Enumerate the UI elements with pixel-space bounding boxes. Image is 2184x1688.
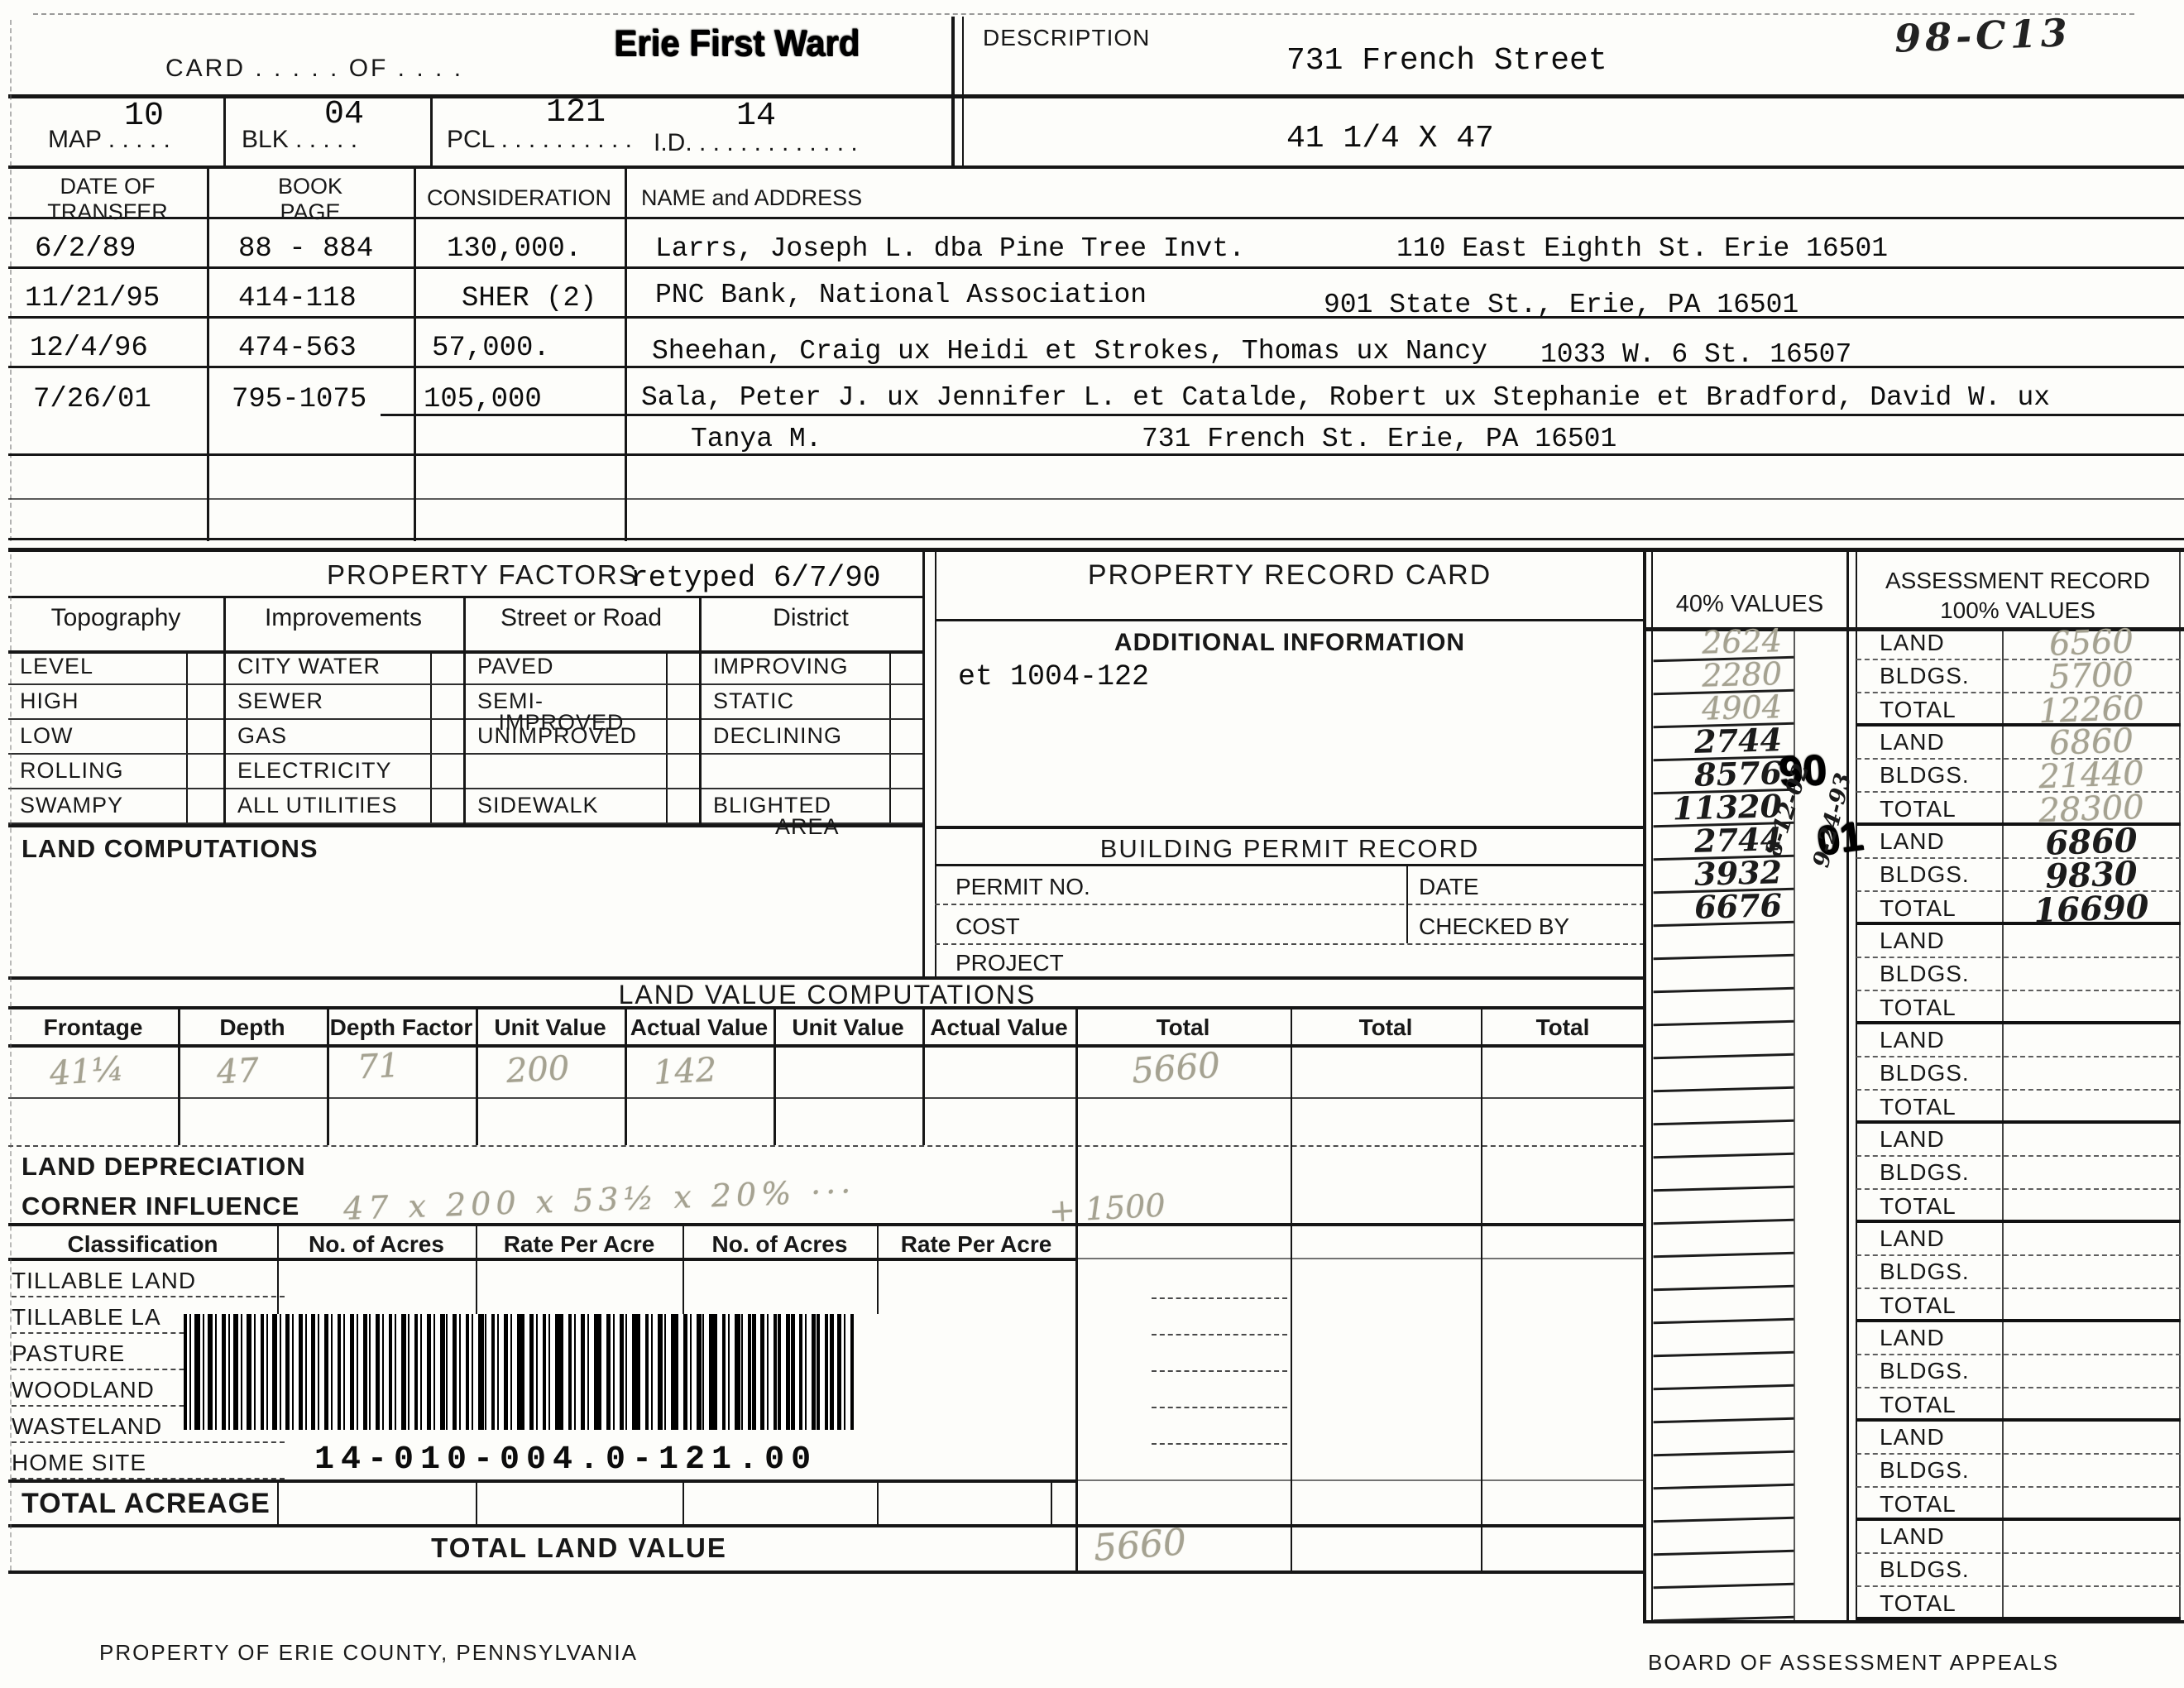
- rule-h: [8, 538, 2184, 540]
- rule-v: [922, 1006, 925, 1145]
- assessment-row-land: LAND: [1856, 1521, 2181, 1554]
- assessment-group: LAND BLDGS. TOTAL: [1856, 925, 2181, 1024]
- total-label: TOTAL: [1856, 1590, 2002, 1617]
- bldgs-value: [2002, 1070, 2181, 1077]
- lvc-depth-factor-value: 71: [357, 1047, 400, 1087]
- rule-v: [951, 17, 955, 167]
- rule-v: [476, 1479, 477, 1524]
- lvc-header: Unit Value: [773, 1014, 922, 1041]
- transfer-row: 474-563: [238, 333, 357, 364]
- class-header: No. of Acres: [277, 1231, 476, 1258]
- factor-item: ROLLING: [8, 755, 223, 789]
- values-40-cell: [1653, 1155, 1794, 1192]
- transfer-row: Larrs, Joseph L. dba Pine Tree Invt.: [655, 233, 1245, 264]
- bldgs-value: [2002, 971, 2181, 977]
- total-label: TOTAL: [1856, 895, 2002, 922]
- factors-col-header: Topography: [8, 604, 223, 632]
- values-40-cell: [1653, 990, 1794, 1026]
- total-label: TOTAL: [1856, 995, 2002, 1021]
- footer-right: BOARD OF ASSESSMENT APPEALS: [1648, 1650, 2059, 1676]
- lvc-header: Total: [1291, 1014, 1481, 1041]
- factor-item: PAVED: [466, 650, 699, 685]
- transfer-row: 731 French St. Erie, PA 16501: [1142, 424, 1616, 454]
- factors-street-list: PAVEDSEMI- IMPROVEDUNIMPROVEDSIDEWALK: [466, 650, 699, 824]
- factor-item: LEVEL: [8, 650, 223, 685]
- rule-h: [935, 904, 1645, 905]
- values-40-header: 40% VALUES: [1653, 591, 1846, 618]
- total-label: TOTAL: [1856, 796, 2002, 822]
- factor-item: SEMI- IMPROVED: [466, 685, 699, 720]
- transfer-row: 12/4/96: [30, 333, 148, 364]
- total-value: [2002, 1302, 2181, 1309]
- assessment-group: LAND BLDGS. TOTAL: [1856, 1322, 2181, 1422]
- values-40-cell: [1653, 1221, 1794, 1258]
- assessment-record-header: ASSESSMENT RECORD: [1856, 568, 2179, 594]
- rule-h: [381, 414, 2184, 416]
- lvc-header: Total: [1075, 1014, 1291, 1041]
- assessment-row-bldgs: BLDGS. 21440: [1856, 760, 2181, 793]
- rule-v: [682, 1479, 684, 1524]
- assessment-row-total: TOTAL 16690: [1856, 892, 2181, 925]
- land-label: LAND: [1856, 1325, 2002, 1351]
- transfer-row: 6/2/89: [35, 233, 136, 265]
- rule-h: [8, 1524, 1645, 1527]
- rule-h: [8, 548, 2184, 552]
- assessment-row-total: TOTAL: [1856, 1587, 2181, 1620]
- factor-item: BLIGHTED AREA: [702, 789, 922, 824]
- assessment-row-bldgs: BLDGS.: [1856, 1455, 2181, 1488]
- bldgs-label: BLDGS.: [1856, 1259, 2002, 1285]
- rule-v: [476, 1006, 478, 1145]
- total-value: [2002, 1600, 2181, 1607]
- project-label: PROJECT: [955, 950, 1064, 976]
- blk-value: 04: [324, 96, 364, 133]
- rule-v: [414, 165, 416, 541]
- assessment-row-bldgs: BLDGS.: [1856, 1256, 2181, 1289]
- rule-h: [8, 1044, 1645, 1048]
- transfer-row: 57,000.: [432, 333, 550, 364]
- bldgs-value: [2002, 1169, 2181, 1176]
- barcode-number: 14-010-004.0-121.00: [314, 1441, 817, 1479]
- lvc-unit-value: 200: [505, 1049, 571, 1091]
- land-depreciation-label: LAND DEPRECIATION: [22, 1152, 306, 1182]
- land-label: LAND: [1856, 1225, 2002, 1252]
- description-value: 731 French Street: [1286, 43, 1607, 79]
- rule-v: [682, 1223, 684, 1314]
- bldgs-label: BLDGS.: [1856, 762, 2002, 789]
- land-value: [2002, 1434, 2181, 1441]
- lvc-header: Total: [1481, 1014, 1645, 1041]
- land-computations-label: LAND COMPUTATIONS: [22, 834, 318, 864]
- rule-v: [430, 98, 433, 167]
- dimensions-value: 41 1/4 X 47: [1286, 121, 1494, 156]
- col-header-date: DATE OF TRANSFER: [8, 174, 207, 225]
- transfer-row: 88 - 884: [238, 233, 373, 265]
- rule-v: [1643, 549, 1646, 1622]
- factors-improvements-list: CITY WATERSEWERGASELECTRICITYALL UTILITI…: [226, 650, 463, 824]
- assessment-row-land: LAND: [1856, 1223, 2181, 1256]
- total-label: TOTAL: [1856, 1491, 2002, 1518]
- land-value: [2002, 938, 2181, 944]
- land-label: LAND: [1856, 1027, 2002, 1053]
- transfer-row: 110 East Eighth St. Erie 16501: [1396, 233, 1888, 264]
- rule-v: [962, 17, 964, 167]
- land-label: LAND: [1856, 1424, 2002, 1451]
- assessment-row-bldgs: BLDGS. 5700: [1856, 660, 2181, 693]
- rule-h: [1152, 1443, 1287, 1445]
- rule-h: [1075, 1258, 1645, 1259]
- corner-influence-note: 47 x 200 x 53½ x 20% ···: [342, 1172, 856, 1227]
- rule-h: [935, 943, 1645, 945]
- land-label: LAND: [1856, 928, 2002, 954]
- rule-v: [1406, 864, 1408, 943]
- factor-item: CITY WATER: [226, 650, 463, 685]
- land-value: [2002, 1136, 2181, 1143]
- factor-item: HIGH: [8, 685, 223, 720]
- bldgs-value: [2002, 1467, 2181, 1474]
- rule-v: [327, 1006, 329, 1145]
- factors-col-header: District: [699, 604, 922, 632]
- values-40-cell: [1653, 1056, 1794, 1092]
- assessment-row-land: LAND: [1856, 1124, 2181, 1157]
- total-value: [2002, 1501, 2181, 1508]
- assessment-row-bldgs: BLDGS.: [1856, 1355, 2181, 1388]
- permit-no-label: PERMIT NO.: [955, 874, 1090, 900]
- land-value: [2002, 1533, 2181, 1540]
- rule-h: [8, 316, 2184, 319]
- rule-h: [8, 266, 2184, 269]
- lvc-header: Frontage: [8, 1014, 178, 1041]
- rule-h: [1152, 1297, 1287, 1299]
- assessment-row-bldgs: BLDGS.: [1856, 1157, 2181, 1190]
- assessment-row-total: TOTAL: [1856, 991, 2181, 1024]
- land-label: LAND: [1856, 630, 2002, 656]
- record-card-title: PROPERTY RECORD CARD: [935, 559, 1645, 592]
- lvc-header: Unit Value: [476, 1014, 625, 1041]
- total-land-value-label: TOTAL LAND VALUE: [207, 1532, 951, 1564]
- map-value: 10: [124, 98, 164, 135]
- transfer-row: Tanya M.: [691, 424, 821, 454]
- rule-v: [1481, 1006, 1482, 1571]
- col-header-consideration: CONSIDERATION: [414, 185, 625, 211]
- factor-item: SIDEWALK: [466, 789, 699, 824]
- factor-item: [702, 755, 922, 789]
- values-40-cell: [1653, 1552, 1794, 1589]
- rule-h: [935, 826, 1645, 829]
- factors-col-header: Improvements: [223, 604, 463, 632]
- transfer-row: Sheehan, Craig ux Heidi et Strokes, Thom…: [652, 336, 1487, 367]
- ward-stamp: Erie First Ward: [614, 22, 860, 65]
- rule-h: [1152, 1370, 1287, 1372]
- lvc-frontage-value: 41¼: [49, 1050, 126, 1093]
- total-label: TOTAL: [1856, 697, 2002, 723]
- doc-number: 98-C13: [1894, 10, 2071, 60]
- total-value: [2002, 1005, 2181, 1011]
- assessment-group: LAND 6860 BLDGS. 9830 TOTAL 16690: [1856, 826, 2181, 925]
- bldgs-label: BLDGS.: [1856, 663, 2002, 689]
- factor-item: IMPROVING: [702, 650, 922, 685]
- factor-item: LOW: [8, 720, 223, 755]
- rule-v: [625, 165, 627, 541]
- rule-v: [625, 1006, 627, 1145]
- rule-v: [1846, 549, 1849, 1622]
- lvc-depth-value: 47: [216, 1052, 260, 1092]
- transfer-row: 130,000.: [447, 233, 582, 265]
- rule-v: [223, 98, 226, 167]
- class-header: No. of Acres: [682, 1231, 877, 1258]
- values-40-cell: [1653, 1387, 1794, 1423]
- barcode: [184, 1314, 854, 1430]
- additional-info-label: ADDITIONAL INFORMATION: [935, 629, 1645, 657]
- factors-topography-list: LEVELHIGHLOWROLLINGSWAMPY: [8, 650, 223, 824]
- values-40-cell: [1653, 1585, 1794, 1622]
- transfer-row: 105,000: [424, 384, 542, 415]
- land-label: LAND: [1856, 1126, 2002, 1153]
- class-header: Classification: [8, 1231, 277, 1258]
- rule-h: [935, 619, 1645, 621]
- values-40-cell: [1653, 1453, 1794, 1489]
- factor-item: SWAMPY: [8, 789, 223, 824]
- rule-v: [277, 1223, 279, 1314]
- corner-influence-label: CORNER INFLUENCE: [22, 1192, 299, 1221]
- transfer-row: 11/21/95: [25, 283, 160, 314]
- rule-v: [10, 554, 12, 1571]
- assessment-group: LAND 6860 BLDGS. 21440 TOTAL 28300: [1856, 727, 2181, 826]
- total-land-value-amount: 5660: [1092, 1521, 1187, 1570]
- assessment-row-bldgs: BLDGS.: [1856, 958, 2181, 991]
- rule-v: [877, 1223, 879, 1314]
- land-value: [2002, 1235, 2181, 1242]
- rule-h: [8, 165, 2184, 169]
- assessment-row-total: TOTAL: [1856, 1488, 2181, 1521]
- permit-date-label: DATE: [1419, 874, 1479, 900]
- class-header: Rate Per Acre: [476, 1231, 682, 1258]
- property-record-card-scan: CARD . . . . . OF . . . . Erie First War…: [0, 0, 2184, 1688]
- rule-v: [1075, 1006, 1078, 1571]
- bldgs-value: [2002, 1268, 2181, 1275]
- rule-v: [1051, 1479, 1052, 1524]
- land-value: [2002, 1335, 2181, 1341]
- values-40-cell: [1653, 1254, 1794, 1291]
- values-40-cell: [1653, 1023, 1794, 1059]
- assessment-row-bldgs: BLDGS.: [1856, 1057, 2181, 1091]
- lvc-header: Depth: [178, 1014, 327, 1041]
- property-factors-title: PROPERTY FACTORS: [327, 559, 639, 591]
- col-header-book: BOOK PAGE: [207, 174, 414, 225]
- values-40-cell: [1653, 1288, 1794, 1324]
- lvc-header: Actual Value: [922, 1014, 1075, 1041]
- assessment-groups: LAND 6560 BLDGS. 5700 TOTAL 12260 LAND 6…: [1856, 627, 2181, 1620]
- values-40-cell: [1653, 1519, 1794, 1556]
- description-label: DESCRIPTION: [983, 25, 1150, 51]
- lvc-total-value: 5660: [1130, 1044, 1221, 1091]
- rule-v: [877, 1479, 879, 1524]
- checked-by-label: CHECKED BY: [1419, 914, 1569, 940]
- values-40-cell: [1653, 1122, 1794, 1158]
- rule-v: [922, 549, 925, 976]
- bldgs-label: BLDGS.: [1856, 1060, 2002, 1086]
- rule-h: [33, 13, 2134, 15]
- assessment-group: LAND 6560 BLDGS. 5700 TOTAL 12260: [1856, 627, 2181, 727]
- assessment-group: LAND BLDGS. TOTAL: [1856, 1124, 2181, 1223]
- land-label: LAND: [1856, 729, 2002, 755]
- factor-item: SEWER: [226, 685, 463, 720]
- classification-row: TILLABLE LAND: [12, 1261, 285, 1297]
- rule-h: [8, 596, 925, 598]
- land-value: [2002, 1037, 2181, 1043]
- rule-v: [476, 1223, 477, 1314]
- assessment-row-land: LAND: [1856, 1024, 2181, 1057]
- assessment-row-total: TOTAL: [1856, 1190, 2181, 1223]
- bldgs-label: BLDGS.: [1856, 1358, 2002, 1384]
- assessment-group: LAND BLDGS. TOTAL: [1856, 1422, 2181, 1521]
- assessment-row-bldgs: BLDGS.: [1856, 1554, 2181, 1587]
- rule-v: [935, 549, 936, 976]
- factors-district-list: IMPROVINGSTATICDECLININGBLIGHTED AREA: [702, 650, 922, 824]
- rule-h: [8, 1145, 1645, 1147]
- bldgs-label: BLDGS.: [1856, 1457, 2002, 1484]
- rule-h: [8, 453, 2184, 456]
- rule-h: [8, 1097, 1645, 1099]
- classification-row: HOME SITE: [12, 1443, 285, 1479]
- rule-h: [1643, 1620, 2184, 1623]
- rule-h: [1152, 1334, 1287, 1336]
- rule-h: [8, 1571, 1645, 1574]
- values-40-cell: [1653, 1188, 1794, 1225]
- factor-item: [466, 755, 699, 789]
- assessment-row-land: LAND: [1856, 1322, 2181, 1355]
- transfer-row: 7/26/01: [33, 384, 151, 415]
- transfer-row: PNC Bank, National Association: [655, 280, 1147, 310]
- lvc-header: Actual Value: [625, 1014, 773, 1041]
- land-label: LAND: [1856, 1523, 2002, 1550]
- id-value: 14: [736, 98, 776, 135]
- values-40-cell: [1653, 923, 1794, 960]
- rule-h: [8, 498, 2184, 500]
- rule-v: [277, 1479, 279, 1524]
- land-label: LAND: [1856, 828, 2002, 855]
- values-40-cell: [1653, 1486, 1794, 1523]
- transfer-row: 1033 W. 6 St. 16507: [1540, 339, 1851, 370]
- assessment-row-total: TOTAL: [1856, 1091, 2181, 1124]
- additional-info-value: et 1004-122: [958, 660, 1149, 693]
- rule-v: [178, 1006, 180, 1145]
- total-label: TOTAL: [1856, 1094, 2002, 1120]
- total-acreage-label: TOTAL ACREAGE: [22, 1488, 271, 1520]
- rule-h: [8, 1223, 1645, 1226]
- property-factors-retyped: retyped 6/7/90: [630, 561, 880, 595]
- factor-item: ALL UTILITIES: [226, 789, 463, 824]
- col-header-name-address: NAME and ADDRESS: [641, 185, 862, 211]
- assessment-values-header: 100% VALUES: [1856, 597, 2179, 624]
- assessment-group: LAND BLDGS. TOTAL: [1856, 1223, 2181, 1322]
- footer-left: PROPERTY OF ERIE COUNTY, PENNSYLVANIA: [99, 1640, 638, 1666]
- bldgs-label: BLDGS.: [1856, 961, 2002, 987]
- assessment-group: LAND BLDGS. TOTAL: [1856, 1521, 2181, 1620]
- total-value: [2002, 1402, 2181, 1408]
- rule-v: [773, 1006, 776, 1145]
- values-40-cell: [1653, 1321, 1794, 1357]
- total-label: TOTAL: [1856, 1193, 2002, 1220]
- total-label: TOTAL: [1856, 1392, 2002, 1418]
- factor-item: UNIMPROVED: [466, 720, 699, 755]
- lvc-actual-value: 142: [653, 1051, 718, 1092]
- factor-item: DECLINING: [702, 720, 922, 755]
- rule-v: [1291, 1006, 1292, 1571]
- assessment-row-total: TOTAL: [1856, 1388, 2181, 1422]
- total-value: [2002, 1203, 2181, 1210]
- assessment-row-land: LAND: [1856, 1422, 2181, 1455]
- rule-h: [8, 1006, 1645, 1009]
- values-40-cell: [1653, 957, 1794, 993]
- values-40-cell: [1653, 1354, 1794, 1390]
- total-label: TOTAL: [1856, 1292, 2002, 1319]
- cost-label: COST: [955, 914, 1020, 940]
- assessment-row-bldgs: BLDGS. 9830: [1856, 859, 2181, 892]
- bldgs-label: BLDGS.: [1856, 1556, 2002, 1583]
- total-value: 16690: [2001, 886, 2182, 932]
- transfer-row: 414-118: [238, 283, 357, 314]
- values-40-cell: [1653, 1089, 1794, 1125]
- total-value: [2002, 1104, 2181, 1110]
- transfer-row: Sala, Peter J. ux Jennifer L. et Catalde…: [641, 382, 2050, 413]
- class-header: Rate Per Acre: [877, 1231, 1075, 1258]
- bldgs-value: [2002, 1368, 2181, 1374]
- bldgs-value: [2002, 1566, 2181, 1573]
- rule-v: [10, 20, 12, 541]
- building-permit-title: BUILDING PERMIT RECORD: [935, 834, 1645, 864]
- bldgs-label: BLDGS.: [1856, 861, 2002, 888]
- rule-h: [1075, 1479, 1645, 1481]
- factor-item: GAS: [226, 720, 463, 755]
- lvc-header: Depth Factor: [327, 1014, 476, 1041]
- bldgs-label: BLDGS.: [1856, 1159, 2002, 1186]
- rule-h: [935, 864, 1645, 866]
- values-40-column: 2624228049042744857611320274439326676: [1653, 627, 1794, 1620]
- assessment-row-total: TOTAL: [1856, 1289, 2181, 1322]
- rule-h: [8, 1479, 1075, 1483]
- transfer-row: SHER (2): [462, 283, 596, 314]
- factor-item: STATIC: [702, 685, 922, 720]
- rule-h: [1152, 1407, 1287, 1408]
- card-of-label: CARD . . . . . OF . . . .: [165, 55, 463, 83]
- factors-col-header: Street or Road: [463, 604, 699, 632]
- transfer-row: 901 State St., Erie, PA 16501: [1324, 290, 1798, 320]
- factor-item: ELECTRICITY: [226, 755, 463, 789]
- values-40-cell: [1653, 1420, 1794, 1456]
- assessment-group: LAND BLDGS. TOTAL: [1856, 1024, 2181, 1124]
- transfer-row: 795-1075: [232, 384, 366, 415]
- pcl-value: 121: [546, 94, 606, 132]
- values-40-cell: 6676: [1653, 890, 1794, 927]
